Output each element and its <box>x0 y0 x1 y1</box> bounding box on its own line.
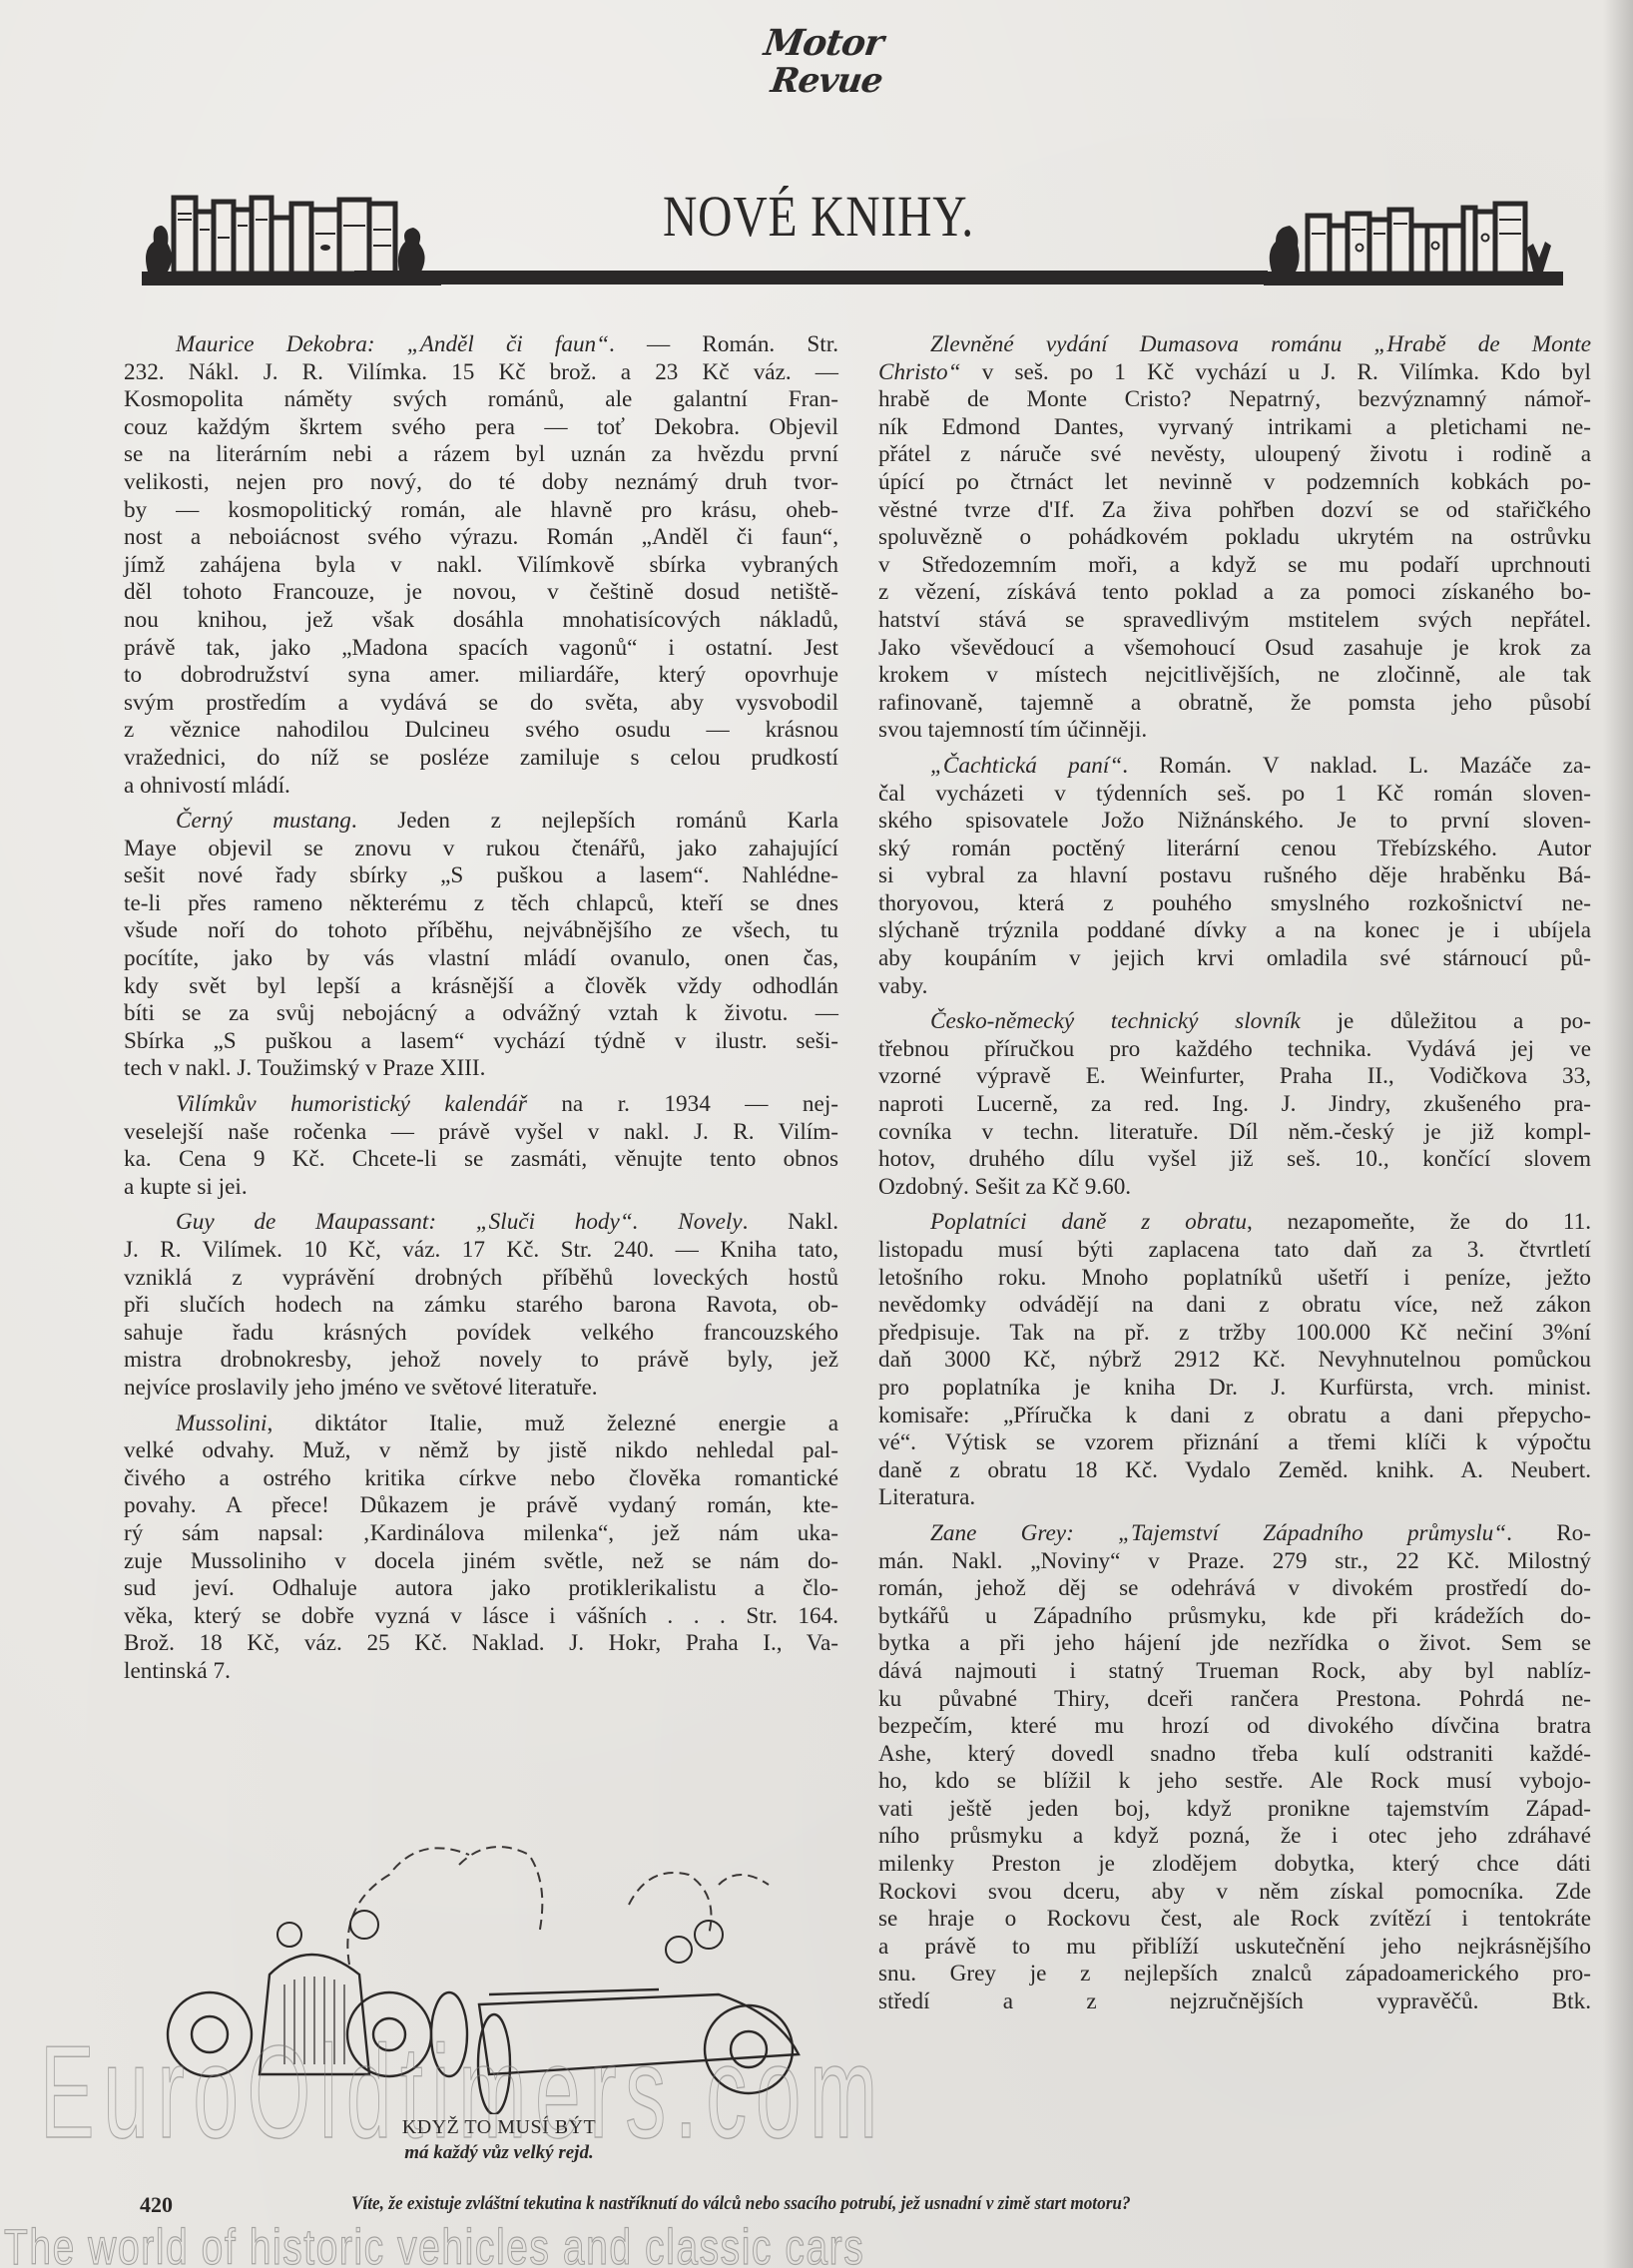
book-review-entry: Mussolini, diktátor Italie, muž železné … <box>124 1411 838 1686</box>
article-column-right: Zlevněné vydání Dumasova románu „Hrabě d… <box>878 331 1591 2024</box>
body-text: Brož. 18 Kč, váz. 25 Kč. Naklad. J. Hokr… <box>124 1630 838 1656</box>
text-line: Ashe, který dovedl snadno třeba kulí ods… <box>878 1741 1591 1769</box>
body-text: veselejší naše ročenka — právě vyšel v n… <box>124 1119 838 1145</box>
body-text: pro poplatníka je kniha Dr. J. Kurfürsta… <box>878 1375 1591 1401</box>
book-review-entry: „Čachtická paní“. Román. V naklad. L. Ma… <box>878 753 1591 1000</box>
body-text: ního průsmyku a když pozná, že i otec je… <box>878 1823 1591 1849</box>
text-line: rý sám napsal: ‚Kardinálova milenka“, je… <box>124 1520 838 1548</box>
text-line: Poplatníci daně z obratu, nezapomeňte, ž… <box>878 1209 1591 1237</box>
text-line: tech v nakl. J. Toužimský v Praze XIII. <box>124 1055 838 1083</box>
text-line: všude noří do tohoto příběhu, nejvábnějš… <box>124 917 838 945</box>
text-line: právě tak, jako „Madona spacích vagonů“ … <box>124 635 838 663</box>
body-text: aby koupáním v jejich krvi omladila své … <box>878 945 1591 971</box>
text-line: velikosti, nejen pro nový, do té doby ne… <box>124 469 838 497</box>
text-line: 232. Nákl. J. R. Vilímka. 15 Kč brož. a … <box>124 359 838 387</box>
text-line: ka. Cena 9 Kč. Chcete-li se zasmáti, věn… <box>124 1146 838 1174</box>
text-line: to dobrodružství syna amer. miliardáře, … <box>124 662 838 690</box>
text-line: Literatura. <box>878 1484 1591 1512</box>
text-line: velké odvahy. Muž, v němž by jistě nikdo… <box>124 1437 838 1465</box>
text-line: slýchaně trýznila poddané dívky a na kon… <box>878 917 1591 945</box>
text-line: se hraje o Rockovu čest, ale Rock zvítěz… <box>878 1906 1591 1934</box>
text-line: komisaře: „Příručka k dani z obratu a da… <box>878 1403 1591 1430</box>
masthead-line-1: Motor <box>756 24 890 62</box>
body-text: letošního roku. Mnoho poplatníků ušetří … <box>878 1265 1591 1291</box>
magazine-page: Motor Revue NOVÉ KNIHY. <box>0 0 1633 2268</box>
body-text: naproti Lucerně, za red. Ing. J. Jindry,… <box>878 1091 1591 1117</box>
body-text: pocítíte, jako by vás vlastní mládí ovan… <box>124 945 838 971</box>
text-line: ského spisovatele Jožo Nižnánského. Je t… <box>878 808 1591 836</box>
body-text: z věznice nahodilou Dulcineu svého osudu… <box>124 717 838 743</box>
text-line: vé“. Výtisk se vzorem přiznání a třemi k… <box>878 1429 1591 1457</box>
body-text: mistra drobnokresby, jehož novely to prá… <box>124 1347 838 1373</box>
text-line: pro poplatníka je kniha Dr. J. Kurfürsta… <box>878 1375 1591 1403</box>
body-text: spoluvězně o pohádkovém pokladu ukrytém … <box>878 524 1591 550</box>
body-text: slýchaně trýznila poddané dívky a na kon… <box>878 917 1591 943</box>
body-text: úpící po čtrnáct let nevinně v podzemníc… <box>878 469 1591 495</box>
body-text: svou tajemností tím účinněji. <box>878 717 1147 743</box>
body-text: zuje Mussoliniho v docela jiném světle, … <box>124 1548 838 1574</box>
text-line: nost a neboiácnost svého výrazu. Román „… <box>124 524 838 552</box>
text-line: Česko-německý technický slovník je důlež… <box>878 1008 1591 1036</box>
title-underline-bar <box>354 271 1268 284</box>
italic-title: Mussolini <box>176 1411 267 1436</box>
italic-title: Christo“ <box>878 359 960 385</box>
text-line: listopadu musí býti zaplacena tato daň z… <box>878 1237 1591 1265</box>
body-text: nou knihou, jež však dosáhla mnohatisíco… <box>124 607 838 633</box>
text-line: věka, který se dobře vyzná v lásce i váš… <box>124 1603 838 1631</box>
body-text: ka. Cena 9 Kč. Chcete-li se zasmáti, věn… <box>124 1146 838 1172</box>
text-line: vražednici, do níž se posléze zamiluje s… <box>124 745 838 773</box>
body-text: se na literárním nebi a rázem byl uznán … <box>124 441 838 467</box>
text-line: třebnou příručkou pro každého technika. … <box>878 1036 1591 1064</box>
body-text: vzorné výpravě E. Weinfurter, Praha II.,… <box>878 1063 1591 1089</box>
text-line: ský román poctěný literární cenou Třebíz… <box>878 836 1591 863</box>
watermark-tagline: The world of historic vehicles and class… <box>4 2218 864 2268</box>
body-text: Kosmopolita náměty svých románů, ale gal… <box>124 386 838 412</box>
body-text: čal vycházeti v týdenních seš. po 1 Kč r… <box>878 781 1591 807</box>
italic-title: Guy de Maupassant: „Sluči hody“. Novely <box>176 1209 743 1235</box>
body-text: román, jehož děj se odehrává v divokém p… <box>878 1575 1591 1601</box>
footer-tip-note: Víte, že existuje zvláštní tekutina k na… <box>351 2194 1131 2215</box>
text-line: „Čachtická paní“. Román. V naklad. L. Ma… <box>878 753 1591 781</box>
body-text: 232. Nákl. J. R. Vilímka. 15 Kč brož. a … <box>124 359 838 385</box>
body-text: to dobrodružství syna amer. miliardáře, … <box>124 662 838 688</box>
text-line: lentinská 7. <box>124 1658 838 1686</box>
text-line: daň 3000 Kč, nýbrž 2912 Kč. Nevyhnutelno… <box>878 1347 1591 1375</box>
body-text: středí a z nejzručnějších vypravěčů. Btk… <box>878 1988 1591 2014</box>
body-text: . Nakl. <box>743 1209 838 1235</box>
body-text: třebnou příručkou pro každého technika. … <box>878 1036 1591 1062</box>
body-text: . — Román. Str. <box>609 331 838 357</box>
cartoon-caption-subtitle: má každý vůz velký rejd. <box>160 2142 838 2164</box>
text-line: Brož. 18 Kč, váz. 25 Kč. Naklad. J. Hokr… <box>124 1630 838 1658</box>
body-text: couz každým škrtem svého pera — toť Deko… <box>124 414 838 440</box>
text-line: milenky Preston je zlodějem dobytka, kte… <box>878 1851 1591 1879</box>
body-text: věka, který se dobře vyzná v lásce i váš… <box>124 1603 838 1629</box>
body-text: rý sám napsal: ‚Kardinálova milenka“, je… <box>124 1520 838 1546</box>
text-line: vaby. <box>878 973 1591 1001</box>
body-text: daň 3000 Kč, nýbrž 2912 Kč. Nevyhnutelno… <box>878 1347 1591 1373</box>
body-text: hrabě de Monte Cristo? Nepatrný, bezvýzn… <box>878 386 1591 412</box>
body-text: děl tohoto Francouze, je novou, v češtin… <box>124 579 838 605</box>
text-line: jímž zahájena byla v nakl. Vilímkově sbí… <box>124 552 838 580</box>
body-text: Maye objevil se znovu v rukou čtenářů, j… <box>124 836 838 861</box>
body-text: ku půvabné Thiry, dceři rančera Prestona… <box>878 1686 1591 1712</box>
body-text: nost a neboiácnost svého výrazu. Román „… <box>124 524 838 550</box>
text-line: mistra drobnokresby, jehož novely to prá… <box>124 1347 838 1375</box>
text-line: mán. Nakl. „Noviny“ v Praze. 279 str., 2… <box>878 1548 1591 1576</box>
text-line: sud jeví. Odhaluje autora jako protikler… <box>124 1575 838 1603</box>
text-line: svým prostředím a vydává se do světa, ab… <box>124 690 838 718</box>
book-review-entry: Černý mustang. Jeden z nejlepších románů… <box>124 808 838 1083</box>
body-text: bíti se za svůj nebojácný a odvážný vzta… <box>124 1000 838 1026</box>
text-line: Maye objevil se znovu v rukou čtenářů, j… <box>124 836 838 863</box>
italic-title: Česko-německý technický slovník <box>930 1008 1301 1034</box>
body-text: vati ještě jeden boj, když pronikne taje… <box>878 1796 1591 1822</box>
body-text: povahy. A přece! Důkazem je právě vydaný… <box>124 1492 838 1518</box>
text-line: z věznice nahodilou Dulcineu svého osudu… <box>124 717 838 745</box>
body-text: Sbírka „S puškou a lasem“ vychází týdně … <box>124 1028 838 1054</box>
text-line: Mussolini, diktátor Italie, muž železné … <box>124 1411 838 1438</box>
page-number: 420 <box>140 2192 173 2218</box>
body-text: Ashe, který dovedl snadno třeba kulí ods… <box>878 1741 1591 1767</box>
body-text: ho, kdo se blížil k jeho sestře. Ale Roc… <box>878 1768 1591 1794</box>
text-line: v Středozemním moři, a když se mu podaří… <box>878 552 1591 580</box>
body-text: Literatura. <box>878 1484 975 1510</box>
text-line: Christo“ v seš. po 1 Kč vychází u J. R. … <box>878 359 1591 387</box>
racing-cars-cartoon-illustration <box>160 1825 838 2114</box>
text-line: vzorné výpravě E. Weinfurter, Praha II.,… <box>878 1063 1591 1091</box>
masthead-line-2: Revue <box>762 62 890 100</box>
body-text: hatství stává se spravedlivým mstitelem … <box>878 607 1591 633</box>
body-text: mán. Nakl. „Noviny“ v Praze. 279 str., 2… <box>878 1548 1591 1574</box>
body-text: jímž zahájena byla v nakl. Vilímkově sbí… <box>124 552 838 578</box>
text-line: sahuje řadu krásných povídek velkého fra… <box>124 1320 838 1348</box>
bookshelf-right-icon <box>1264 190 1563 285</box>
body-text: a ohnivostí mládí. <box>124 773 290 799</box>
body-text: ský román poctěný literární cenou Třebíz… <box>878 836 1591 861</box>
book-review-entry: Vilímkův humoristický kalendář na r. 193… <box>124 1091 838 1201</box>
text-line: Guy de Maupassant: „Sluči hody“. Novely.… <box>124 1209 838 1237</box>
body-text: te-li přes rameno některému z těch chlap… <box>124 890 838 916</box>
body-text: vzniklá z vyprávění drobných příběhů lov… <box>124 1265 838 1291</box>
body-text: hotov, druhého dílu vyšel již seš. 10., … <box>878 1146 1591 1172</box>
body-text: sahuje řadu krásných povídek velkého fra… <box>124 1320 838 1346</box>
italic-title: Zlevněné vydání Dumasova románu „Hrabě d… <box>930 331 1591 357</box>
body-text: komisaře: „Příručka k dani z obratu a da… <box>878 1403 1591 1428</box>
text-line: covníka v techn. literatuře. Díl něm.-če… <box>878 1119 1591 1147</box>
masthead-logo: Motor Revue <box>759 24 888 100</box>
text-line: bytkářů u Západního průsmyku, kde při kr… <box>878 1603 1591 1631</box>
text-line: ního průsmyku a když pozná, že i otec je… <box>878 1823 1591 1851</box>
text-line: román, jehož děj se odehrává v divokém p… <box>878 1575 1591 1603</box>
body-text: daně z obratu 18 Kč. Vydalo Zeměd. knihk… <box>878 1457 1591 1483</box>
body-text: J. R. Vilímek. 10 Kč, váz. 17 Kč. Str. 2… <box>124 1237 838 1263</box>
text-line: Sbírka „S puškou a lasem“ vychází týdně … <box>124 1028 838 1056</box>
body-text: dává najmouti i statný Trueman Rock, aby… <box>878 1658 1591 1684</box>
body-text: velké odvahy. Muž, v němž by jistě nikdo… <box>124 1437 838 1463</box>
body-text: přátel z náruče své nevěsty, uloupený ži… <box>878 441 1591 467</box>
body-text: svým prostředím a vydává se do světa, ab… <box>124 690 838 716</box>
text-line: Rockovi svou dceru, aby v něm získal pom… <box>878 1879 1591 1907</box>
text-line: děl tohoto Francouze, je novou, v češtin… <box>124 579 838 607</box>
body-text: bezpečím, které mu hrozí od divokého dív… <box>878 1713 1591 1739</box>
body-text: , diktátor Italie, muž železné energie a <box>267 1411 838 1436</box>
text-line: předpisuje. Tak na př. z tržby 100.000 K… <box>878 1320 1591 1348</box>
body-text: krokem v místech nejcitlivějších, ne zlo… <box>878 662 1591 688</box>
body-text: si vybral za hlavní postavu rušného děje… <box>878 862 1591 888</box>
body-text: předpisuje. Tak na př. z tržby 100.000 K… <box>878 1320 1591 1346</box>
text-line: spoluvězně o pohádkovém pokladu ukrytém … <box>878 524 1591 552</box>
book-review-entry: Guy de Maupassant: „Sluči hody“. Novely.… <box>124 1209 838 1402</box>
body-text: listopadu musí býti zaplacena tato daň z… <box>878 1237 1591 1263</box>
body-text: ník Edmond Dantes, vyrvaný intrikami a p… <box>878 414 1591 440</box>
body-text: . Ro- <box>1506 1520 1591 1546</box>
body-text: Rockovi svou dceru, aby v něm získal pom… <box>878 1879 1591 1905</box>
body-text: v Středozemním moři, a když se mu podaří… <box>878 552 1591 578</box>
book-review-entry: Zane Grey: „Tajemství Západního průmyslu… <box>878 1520 1591 2016</box>
body-text: sud jeví. Odhaluje autora jako protikler… <box>124 1575 838 1601</box>
body-text: se hraje o Rockovu čest, ale Rock zvítěz… <box>878 1906 1591 1932</box>
book-review-entry: Maurice Dekobra: „Anděl či faun“. — Romá… <box>124 331 838 800</box>
text-line: a kupte si jei. <box>124 1174 838 1202</box>
text-line: středí a z nejzručnějších vypravěčů. Btk… <box>878 1988 1591 2016</box>
body-text: . Román. V naklad. L. Mazáče za- <box>1122 753 1591 779</box>
body-text: vé“. Výtisk se vzorem přiznání a třemi k… <box>878 1429 1591 1455</box>
body-text: z vězení, získává tento poklad a za pomo… <box>878 579 1591 605</box>
italic-title: Poplatníci daně z obratu <box>930 1209 1247 1235</box>
text-line: Vilímkův humoristický kalendář na r. 193… <box>124 1091 838 1119</box>
text-line: J. R. Vilímek. 10 Kč, váz. 17 Kč. Str. 2… <box>124 1237 838 1265</box>
italic-title: Maurice Dekobra: „Anděl či faun“ <box>176 331 609 357</box>
text-line: rafinovaně, tajemně a obratně, že pomsta… <box>878 690 1591 718</box>
article-column-left: Maurice Dekobra: „Anděl či faun“. — Romá… <box>124 331 838 1694</box>
page-edge-shadow <box>1603 0 1633 2268</box>
text-line: a právě to mu přiblíží uskutečnění jeho … <box>878 1934 1591 1962</box>
cartoon-caption-title: KDYŽ TO MUSÍ BÝT <box>160 2116 838 2139</box>
body-text: v seš. po 1 Kč vychází u J. R. Vilímka. … <box>960 359 1591 385</box>
text-line: hatství stává se spravedlivým mstitelem … <box>878 607 1591 635</box>
body-text: bytka a při jeho hájení jde nezřídka o ž… <box>878 1630 1591 1656</box>
text-line: přátel z náruče své nevěsty, uloupený ži… <box>878 441 1591 469</box>
text-line: bezpečím, které mu hrozí od divokého dív… <box>878 1713 1591 1741</box>
body-text: na r. 1934 — nej- <box>527 1091 838 1117</box>
body-text: věstné tvrze d'If. Za živa pohřben dozví… <box>878 497 1591 523</box>
text-line: daně z obratu 18 Kč. Vydalo Zeměd. knihk… <box>878 1457 1591 1485</box>
text-line: ku půvabné Thiry, dceři rančera Prestona… <box>878 1686 1591 1714</box>
text-line: zuje Mussoliniho v docela jiném světle, … <box>124 1548 838 1576</box>
body-text: , nezapomeňte, že do 11. <box>1247 1209 1591 1235</box>
text-line: při slučích hodech na zámku starého baro… <box>124 1292 838 1320</box>
section-title: NOVÉ KNIHY. <box>606 183 1031 250</box>
italic-title: Vilímkův humoristický kalendář <box>176 1091 527 1117</box>
body-text: nevědomky odvádějí na dani z obratu více… <box>878 1292 1591 1318</box>
text-line: Zane Grey: „Tajemství Západního průmyslu… <box>878 1520 1591 1548</box>
text-line: vzniklá z vyprávění drobných příběhů lov… <box>124 1265 838 1293</box>
body-text: při slučích hodech na zámku starého baro… <box>124 1292 838 1318</box>
body-text: a právě to mu přiblíží uskutečnění jeho … <box>878 1934 1591 1960</box>
book-review-entry: Zlevněné vydání Dumasova románu „Hrabě d… <box>878 331 1591 745</box>
text-line: věstné tvrze d'If. Za živa pohřben dozví… <box>878 497 1591 525</box>
text-line: hrabě de Monte Cristo? Nepatrný, bezvýzn… <box>878 386 1591 414</box>
text-line: čivého a ostrého kritika církve nebo člo… <box>124 1465 838 1493</box>
text-line: thoryovou, která z pouhého smyslného roz… <box>878 890 1591 918</box>
text-line: couz každým škrtem svého pera — toť Deko… <box>124 414 838 442</box>
body-text: Jako vševědoucí a všemohoucí Osud zasahu… <box>878 635 1591 661</box>
text-line: bíti se za svůj nebojácný a odvážný vzta… <box>124 1000 838 1028</box>
text-line: povahy. A přece! Důkazem je právě vydaný… <box>124 1492 838 1520</box>
body-text: a kupte si jei. <box>124 1174 248 1200</box>
body-text: vražednici, do níž se posléze zamiluje s… <box>124 745 838 771</box>
body-text: . Jeden z nejlepších románů Karla <box>351 808 838 834</box>
text-line: z vězení, získává tento poklad a za pomo… <box>878 579 1591 607</box>
text-line: letošního roku. Mnoho poplatníků ušetří … <box>878 1265 1591 1293</box>
text-line: te-li přes rameno některému z těch chlap… <box>124 890 838 918</box>
text-line: si vybral za hlavní postavu rušného děje… <box>878 862 1591 890</box>
text-line: naproti Lucerně, za red. Ing. J. Jindry,… <box>878 1091 1591 1119</box>
italic-title: Černý mustang <box>176 808 351 834</box>
text-line: pocítíte, jako by vás vlastní mládí ovan… <box>124 945 838 973</box>
body-text: thoryovou, která z pouhého smyslného roz… <box>878 890 1591 916</box>
text-line: a ohnivostí mládí. <box>124 773 838 801</box>
text-line: ho, kdo se blížil k jeho sestře. Ale Roc… <box>878 1768 1591 1796</box>
book-review-entry: Česko-německý technický slovník je důlež… <box>878 1008 1591 1201</box>
italic-title: Zane Grey: „Tajemství Západního průmyslu… <box>930 1520 1506 1546</box>
text-line: úpící po čtrnáct let nevinně v podzemníc… <box>878 469 1591 497</box>
text-line: ník Edmond Dantes, vyrvaný intrikami a p… <box>878 414 1591 442</box>
body-text: covníka v techn. literatuře. Díl něm.-če… <box>878 1119 1591 1145</box>
text-line: snu. Grey je z nejlepších znalců západoa… <box>878 1961 1591 1988</box>
text-line: Černý mustang. Jeden z nejlepších románů… <box>124 808 838 836</box>
text-line: dává najmouti i statný Trueman Rock, aby… <box>878 1658 1591 1686</box>
text-line: krokem v místech nejcitlivějších, ne zlo… <box>878 662 1591 690</box>
text-line: Kosmopolita náměty svých románů, ale gal… <box>124 386 838 414</box>
body-text: nejvíce proslavily jeho jméno ve světové… <box>124 1375 598 1401</box>
text-line: Maurice Dekobra: „Anděl či faun“. — Romá… <box>124 331 838 359</box>
body-text: by — kosmopolitický román, ale hlavně pr… <box>124 497 838 523</box>
body-text: všude noří do tohoto příběhu, nejvábnějš… <box>124 917 838 943</box>
text-line: aby koupáním v jejich krvi omladila své … <box>878 945 1591 973</box>
body-text: sešit nové řady sbírky „S puškou a lasem… <box>124 862 838 888</box>
body-text: tech v nakl. J. Toužimský v Praze XIII. <box>124 1055 485 1081</box>
text-line: hotov, druhého dílu vyšel již seš. 10., … <box>878 1146 1591 1174</box>
italic-title: „Čachtická paní“ <box>930 753 1122 779</box>
text-line: Ozdobný. Sešit za Kč 9.60. <box>878 1174 1591 1202</box>
body-text: Ozdobný. Sešit za Kč 9.60. <box>878 1174 1131 1200</box>
body-text: snu. Grey je z nejlepších znalců západoa… <box>878 1961 1591 1986</box>
text-line: nevědomky odvádějí na dani z obratu více… <box>878 1292 1591 1320</box>
text-line: by — kosmopolitický román, ale hlavně pr… <box>124 497 838 525</box>
book-review-entry: Poplatníci daně z obratu, nezapomeňte, ž… <box>878 1209 1591 1512</box>
body-text: ského spisovatele Jožo Nižnánského. Je t… <box>878 808 1591 834</box>
text-line: sešit nové řady sbírky „S puškou a lasem… <box>124 862 838 890</box>
text-line: se na literárním nebi a rázem byl uznán … <box>124 441 838 469</box>
text-line: kdy svět byl lepší a krásnější a člověk … <box>124 973 838 1001</box>
text-line: Jako vševědoucí a všemohoucí Osud zasahu… <box>878 635 1591 663</box>
body-text: právě tak, jako „Madona spacích vagonů“ … <box>124 635 838 661</box>
body-text: milenky Preston je zlodějem dobytka, kte… <box>878 1851 1591 1877</box>
text-line: nou knihou, jež však dosáhla mnohatisíco… <box>124 607 838 635</box>
text-line: Zlevněné vydání Dumasova románu „Hrabě d… <box>878 331 1591 359</box>
text-line: svou tajemností tím účinněji. <box>878 717 1591 745</box>
body-text: kdy svět byl lepší a krásnější a člověk … <box>124 973 838 999</box>
body-text: bytkářů u Západního průsmyku, kde při kr… <box>878 1603 1591 1629</box>
text-line: čal vycházeti v týdenních seš. po 1 Kč r… <box>878 781 1591 809</box>
body-text: čivého a ostrého kritika církve nebo člo… <box>124 1465 838 1491</box>
text-line: veselejší naše ročenka — právě vyšel v n… <box>124 1119 838 1147</box>
body-text: vaby. <box>878 973 927 999</box>
text-line: vati ještě jeden boj, když pronikne taje… <box>878 1796 1591 1824</box>
text-line: nejvíce proslavily jeho jméno ve světové… <box>124 1375 838 1403</box>
text-line: bytka a při jeho hájení jde nezřídka o ž… <box>878 1630 1591 1658</box>
body-text: lentinská 7. <box>124 1658 231 1684</box>
body-text: rafinovaně, tajemně a obratně, že pomsta… <box>878 690 1591 716</box>
body-text: je důležitou a po- <box>1301 1008 1591 1034</box>
body-text: velikosti, nejen pro nový, do té doby ne… <box>124 469 838 495</box>
